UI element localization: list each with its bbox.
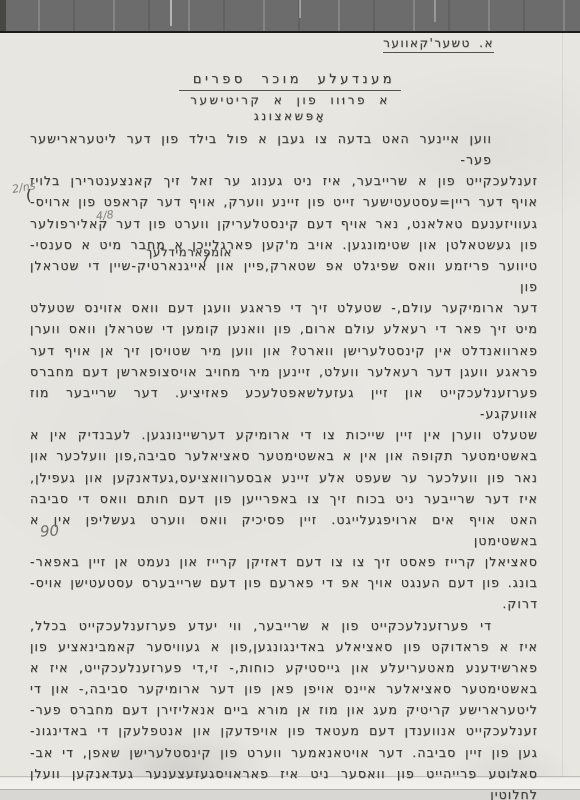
document-subtitle: א פרוּוו פון א קריטישער אָפּשאצונג (0, 92, 580, 124)
text-line: איז א פראדוקט פון סאציאלע באדינגונגען,פו… (30, 636, 538, 657)
text-line: זענלעכקייט אנווענדן דעם מעטאד פון אויפדע… (30, 720, 538, 741)
text-line: זענלעכקייט פון א שרייבער, איז ניט גענוג … (30, 170, 538, 191)
scanner-corner-shadow (0, 0, 6, 31)
scanner-streak (299, 0, 301, 18)
text-line: גען פון זיין סביבה. דער אויטאנאמער ווערט… (30, 742, 538, 763)
text-line: פערזענלעכקייט און זיין געזעלשאפטלעכע פאז… (30, 382, 538, 424)
text-line: דער ארומיקער עולם,- שטעלט זיך די פראגע ו… (30, 297, 538, 318)
text-line: איז דער שרייבער ניט בכוח זיך צו באפרייען… (30, 488, 538, 509)
text-line: באשטימטער תקופה און אין א באשטימטער סאצי… (30, 445, 538, 466)
scanner-streak (170, 0, 172, 26)
text-line: מיט זיך פאר די רעאלע עולם ארום, פון וואנ… (30, 318, 538, 339)
text-line-paragraph-end: דרוק. (30, 593, 538, 614)
text-line: האט אויף אים ארויפגעלייגט. זיין פסיכיק ו… (30, 509, 538, 551)
text-line: בונג. פון דעם הענגט אויך אפ די פארעם פון… (30, 572, 538, 593)
subtitle-line-1: א פרוּוו פון א קריטישער (0, 92, 580, 108)
interline-typed-insertion: אומפארמידלעך (146, 245, 232, 259)
text-line: סאציאלן קרייז פאסט זיך צו צו דעם דאזיקן … (30, 551, 538, 572)
text-line: פארשידענע מאטעריעלע און גייסטיקע כוחות,-… (30, 657, 538, 678)
text-line: פראגע וועגן דער רעאלער וועלט, זיינען מיר… (30, 361, 538, 382)
pencil-page-number: 90 (39, 521, 59, 540)
paper-right-edge-line (562, 33, 563, 777)
text-line: פון געשטאלטן און שטימונגען. אויב מ'קען פ… (30, 234, 538, 255)
text-line-paragraph-start: די פערזענלעכקייט פון א שרייבער, ווי יעדע… (30, 615, 538, 636)
text-line: ליטערארישע קריטיק מעג און מוז אן מורא בי… (30, 699, 538, 720)
text-line: שטעלט ווערן אין זיין שייכות צו די ארומיק… (30, 424, 538, 445)
typewritten-body: ווען איינער האט בדעה צו געבן א פול בילד … (30, 128, 538, 800)
document-title-text: מענדעלע מוכר ספרים (179, 72, 401, 91)
text-line: באשטימטער סאציאלער איינס אויפן פאן פון ד… (30, 678, 538, 699)
scanner-top-band (0, 0, 580, 33)
scanned-document-page: א. טשער'קאווער מענדעלע מוכר ספרים א פרוּ… (0, 0, 580, 800)
pencil-annotation: 4/8 (95, 208, 114, 223)
document-title: מענדעלע מוכר ספרים (0, 68, 580, 91)
text-line: ווען איינער האט בדעה צו געבן א פול בילד … (30, 128, 538, 170)
subtitle-line-2: אָפּשאצונג (0, 108, 580, 124)
text-line: נאר פון וועלכער ער שעפט אלע זיינע אבסערו… (30, 467, 538, 488)
text-line: סאלוטע פרייהייט פון וואסער ניט איז פאראו… (30, 763, 538, 800)
scanner-streak (434, 0, 436, 22)
author-name: א. טשער'קאווער (383, 36, 494, 53)
text-line: פארוואנדלט אין קינסטלערישן ווארט? און וו… (30, 340, 538, 361)
text-line: טיווער פריזמע וואס שפיגלט אפ שטארק,פיין … (30, 255, 538, 297)
